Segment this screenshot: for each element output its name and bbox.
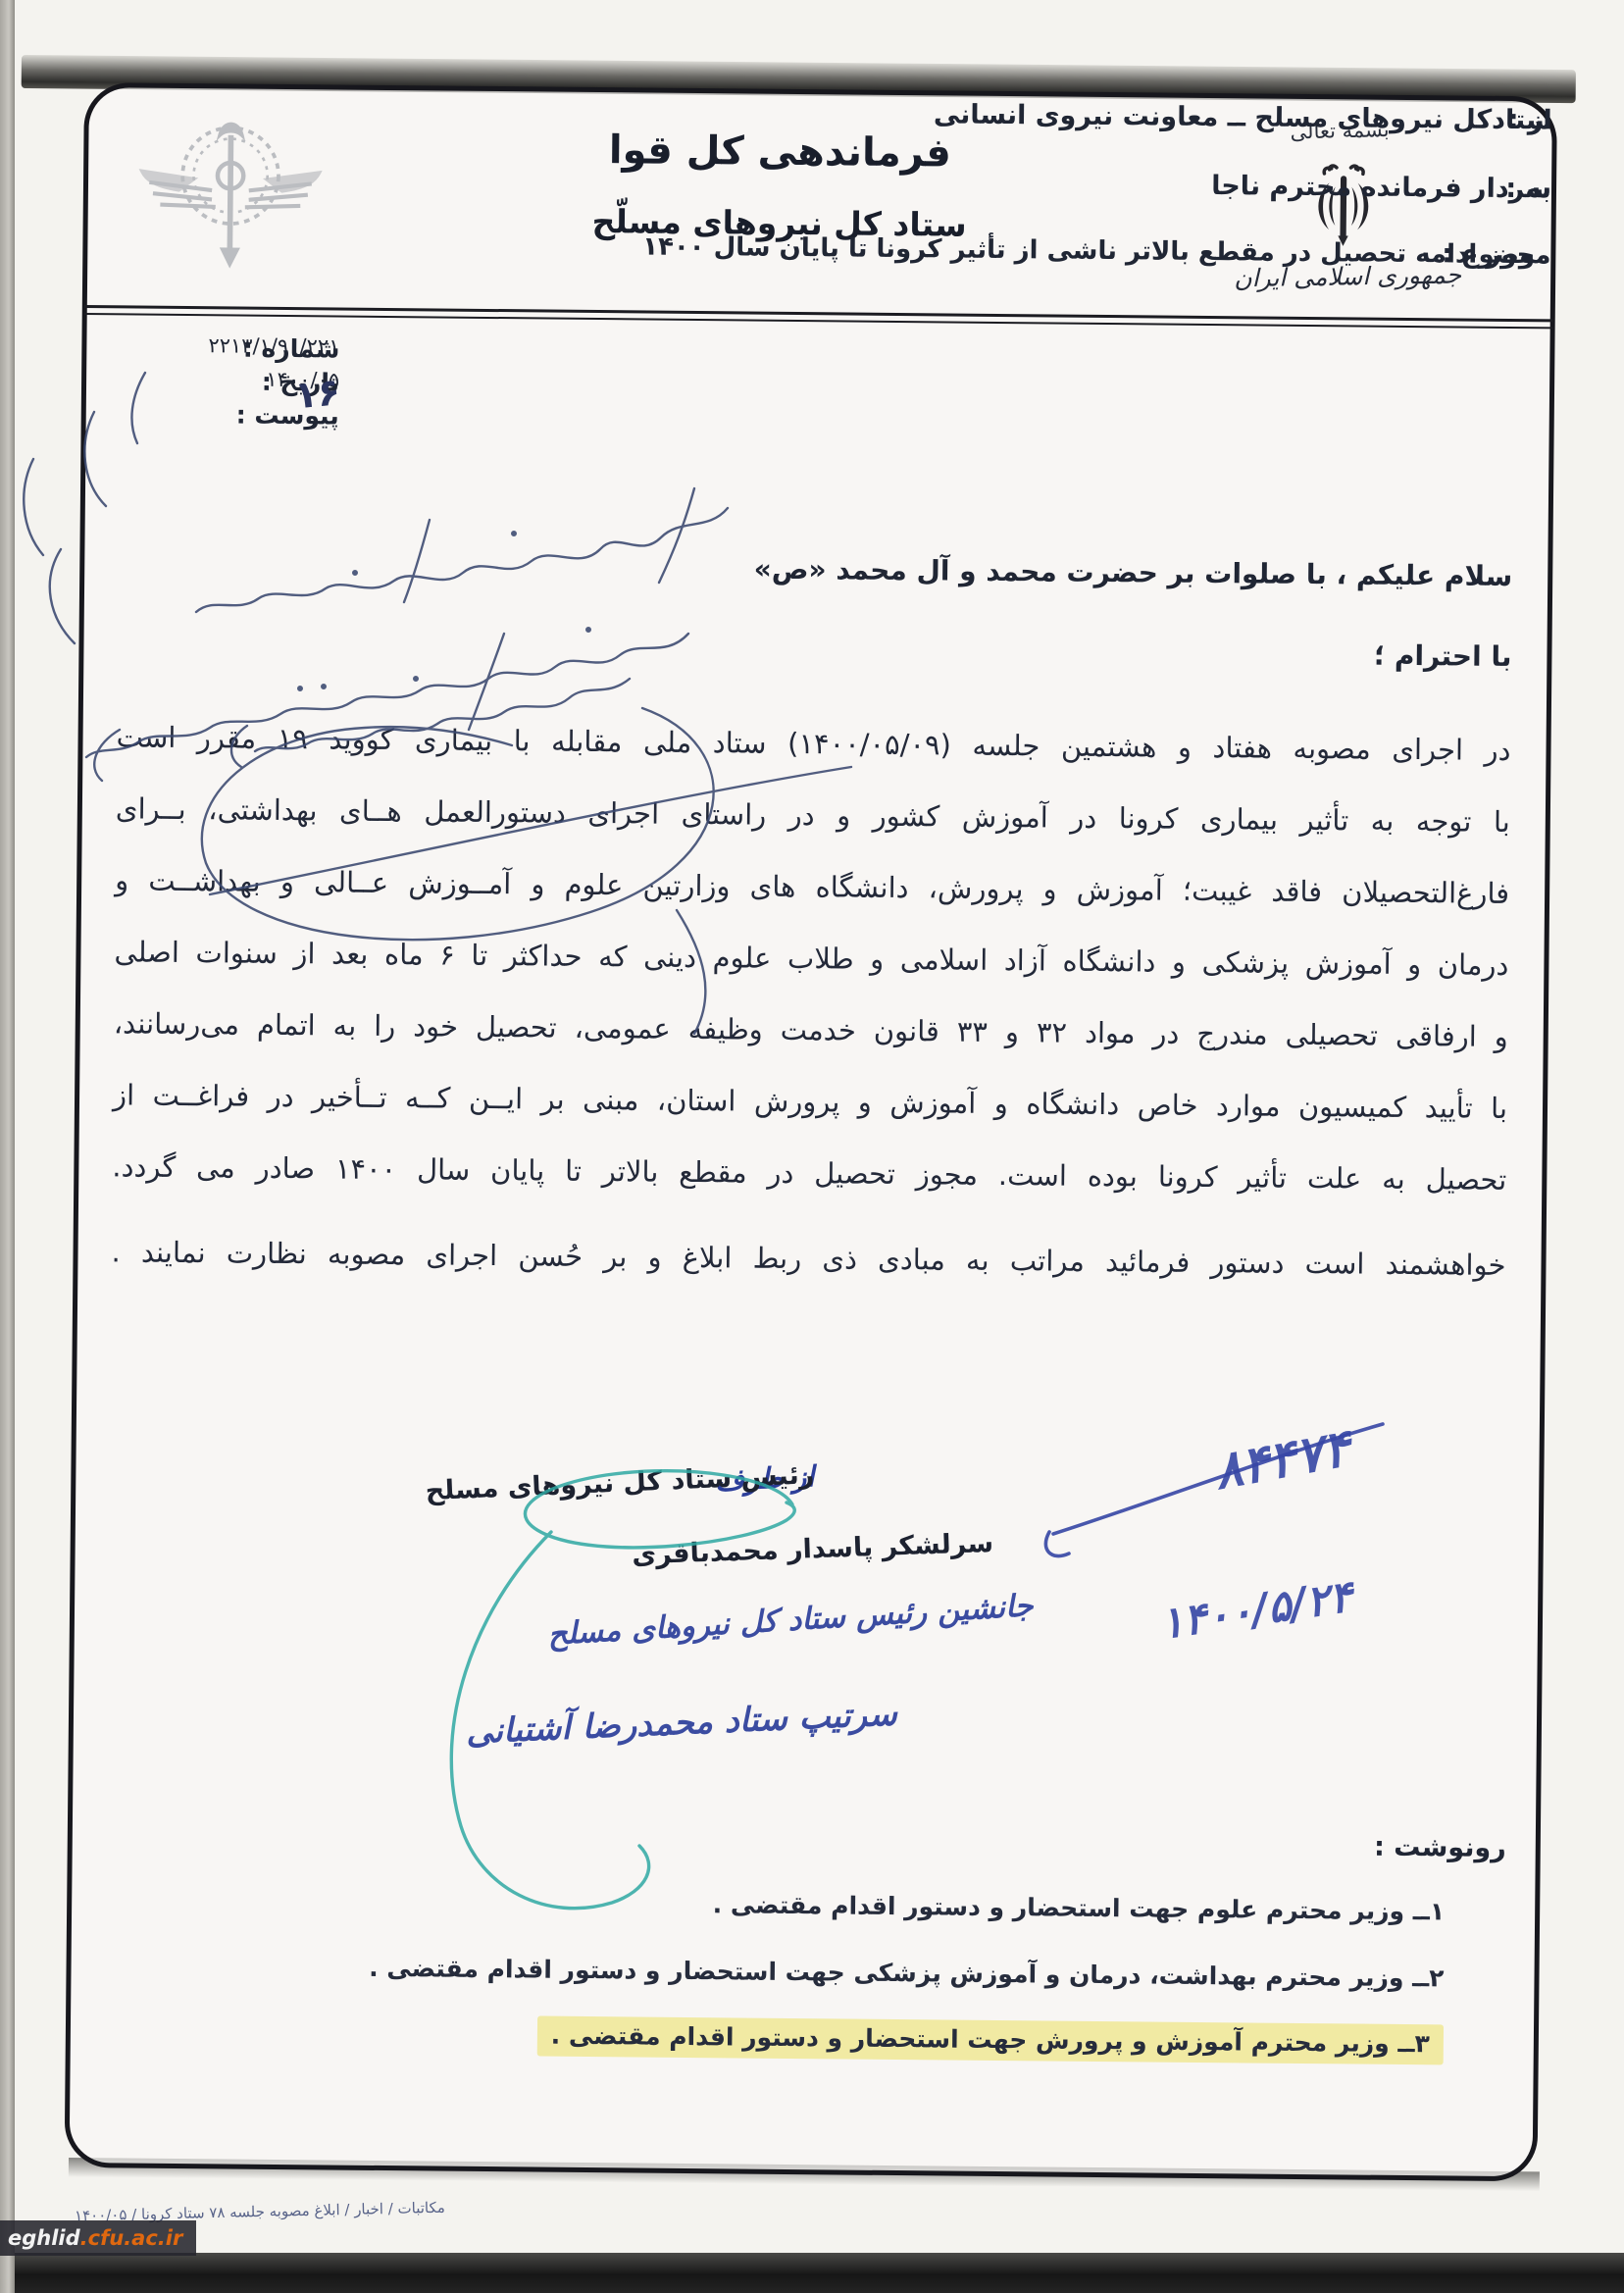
copy-item-3-highlighted: ۳ــ وزیر محترم آموزش و پرورش جهت استحضار… bbox=[537, 2016, 1444, 2065]
signature-name-line: سرلشکر پاسدار محمدباقری bbox=[528, 1524, 1097, 1574]
letterhead-title-line1: فرماندهی کل قوا bbox=[481, 127, 1079, 178]
body-line: با توجه به تأثیر بیماری کرونا در آموزش ک… bbox=[116, 773, 1511, 858]
number-value: ۲۲۱۳/۱/۹۰/۲۲۱ bbox=[208, 333, 339, 358]
body-line: تحصیل به علت تأثیر کرونا بوده است. مجوز … bbox=[112, 1131, 1507, 1216]
body-line: با تأیید کمیسیون موارد خاص دانشگاه و آمو… bbox=[113, 1059, 1508, 1145]
date-row: تاریخ : ۱۴۰۰/۰۵ ۱۶ bbox=[92, 366, 339, 368]
signature-title-text: رئیس ستاد کل نیروهای مسلح bbox=[425, 1459, 815, 1506]
header-divider-line bbox=[84, 305, 1553, 329]
signature-handwritten-name: سرتیپ ستاد محمدرضا آشتیانی bbox=[396, 1692, 966, 1756]
watermark-prefix: eghlid bbox=[8, 2226, 80, 2250]
from-value: ستادکل نیروهای مسلح ــ معاونت نیروی انسا… bbox=[934, 99, 1552, 135]
scanned-letter-page: { "header": { "bismillah": "بسمه تعالی",… bbox=[0, 0, 1624, 2293]
body-line: فارغ‌التحصیلان فاقد غیبت؛ آموزش و پرورش،… bbox=[115, 844, 1510, 930]
armed-forces-staff-emblem-icon bbox=[132, 93, 329, 280]
registration-number-handwritten: ۸۴۴۷۴ bbox=[1084, 1396, 1480, 1525]
body-line-request: خواهشمند است دستور فرمائید مراتب به مباد… bbox=[111, 1216, 1506, 1301]
scan-edge-left bbox=[0, 0, 15, 2293]
copies-label: رونوشت : bbox=[1374, 1832, 1506, 1863]
signature-title-line: از طرف رئیس ستاد کل نیروهای مسلح bbox=[530, 1448, 1097, 1472]
to-value: سردار فرمانده محترم ناجا bbox=[1211, 171, 1551, 204]
letter-meta-block: شماره : ۲۲۱۳/۱/۹۰/۲۲۱ تاریخ : ۱۴۰۰/۰۵ ۱۶… bbox=[92, 332, 340, 434]
salutation-line: سلام علیکم ، با صلوات بر حضرت محمد و آل … bbox=[630, 551, 1512, 592]
registration-date-handwritten: ۱۴۰۰/۵/۲۴ bbox=[1030, 1553, 1484, 1668]
signature-handwritten-role: جانشین رئیس ستاد کل نیروهای مسلح bbox=[485, 1584, 1094, 1656]
number-row: شماره : ۲۲۱۳/۱/۹۰/۲۲۱ bbox=[93, 332, 340, 334]
scan-edge-bottom bbox=[0, 2253, 1624, 2293]
copy-item-1: ۱ــ وزیر محترم علوم جهت استحضار و دستور … bbox=[713, 1890, 1446, 1925]
watermark-suffix: .cfu.ac.ir bbox=[80, 2226, 183, 2250]
site-watermark: eghlid.cfu.ac.ir bbox=[0, 2220, 196, 2256]
letter-border-frame: فرماندهی کل قوا ستاد کل نیروهای مسلّح بس… bbox=[65, 82, 1557, 2181]
copy-item-2: ۲ــ وزیر محترم بهداشت، درمان و آموزش پزش… bbox=[369, 1954, 1445, 1993]
body-line: درمان و آموزش پزشکی و دانشگاه آزاد اسلام… bbox=[114, 916, 1509, 1001]
body-line: و ارفاقی تحصیلی مندرج در مواد ۳۲ و ۳۳ قا… bbox=[113, 988, 1508, 1073]
letter-body: در اجرای مصوبه هفتاد و هشتمین جلسه (۱۴۰۰… bbox=[111, 701, 1511, 1301]
body-line: در اجرای مصوبه هفتاد و هشتمین جلسه (۱۴۰۰… bbox=[116, 701, 1511, 787]
attachment-label: پیوست : bbox=[236, 401, 339, 431]
respect-line: با احترام ؛ bbox=[1119, 637, 1511, 673]
